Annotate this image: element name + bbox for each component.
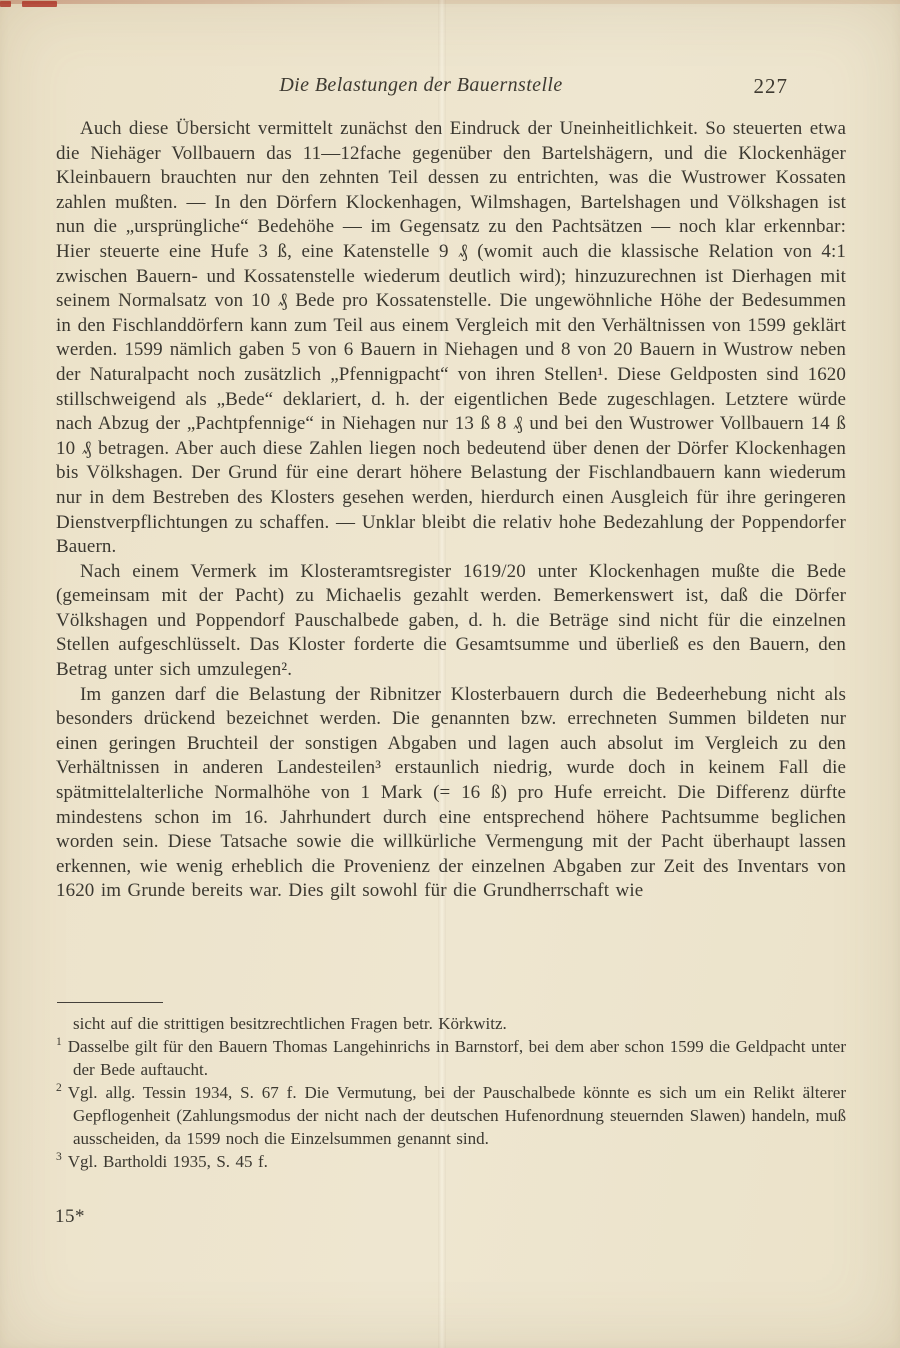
- red-edge-mark: [22, 1, 57, 7]
- running-head: Die Belastungen der Bauernstelle 227: [56, 74, 846, 100]
- footnote-divider: [57, 1002, 163, 1003]
- footnote-continuation: sicht auf die strittigen besitzrechtlich…: [56, 1012, 846, 1035]
- footnote-marker: 1: [56, 1035, 62, 1048]
- body-paragraph-1: Auch diese Übersicht vermittelt zunächst…: [56, 117, 846, 560]
- page-number: 227: [754, 74, 789, 99]
- scan-top-edge: [0, 0, 900, 4]
- signature-mark: 15*: [55, 1206, 85, 1228]
- body-paragraph-3: Im ganzen darf die Belastung der Ribnitz…: [56, 683, 846, 904]
- footnotes: sicht auf die strittigen besitzrechtlich…: [56, 1012, 846, 1173]
- running-title: Die Belastungen der Bauernstelle: [56, 74, 786, 97]
- red-edge-mark: [0, 1, 11, 7]
- book-page: Die Belastungen der Bauernstelle 227 Auc…: [0, 0, 900, 1348]
- footnote-text: Vgl. allg. Tessin 1934, S. 67 f. Die Ver…: [68, 1083, 846, 1148]
- footnote-3: 3Vgl. Bartholdi 1935, S. 45 f.: [56, 1150, 846, 1173]
- body-paragraph-2: Nach einem Vermerk im Klosteramtsregiste…: [56, 560, 846, 683]
- footnote-text: Vgl. Bartholdi 1935, S. 45 f.: [68, 1152, 268, 1171]
- body-text: Auch diese Übersicht vermittelt zunächst…: [56, 117, 846, 904]
- footnote-marker: 2: [56, 1081, 62, 1094]
- footnote-marker: 3: [56, 1150, 62, 1163]
- footnote-2: 2Vgl. allg. Tessin 1934, S. 67 f. Die Ve…: [56, 1081, 846, 1150]
- footnote-1: 1Dasselbe gilt für den Bauern Thomas Lan…: [56, 1035, 846, 1081]
- footnote-text: Dasselbe gilt für den Bauern Thomas Lang…: [68, 1037, 846, 1079]
